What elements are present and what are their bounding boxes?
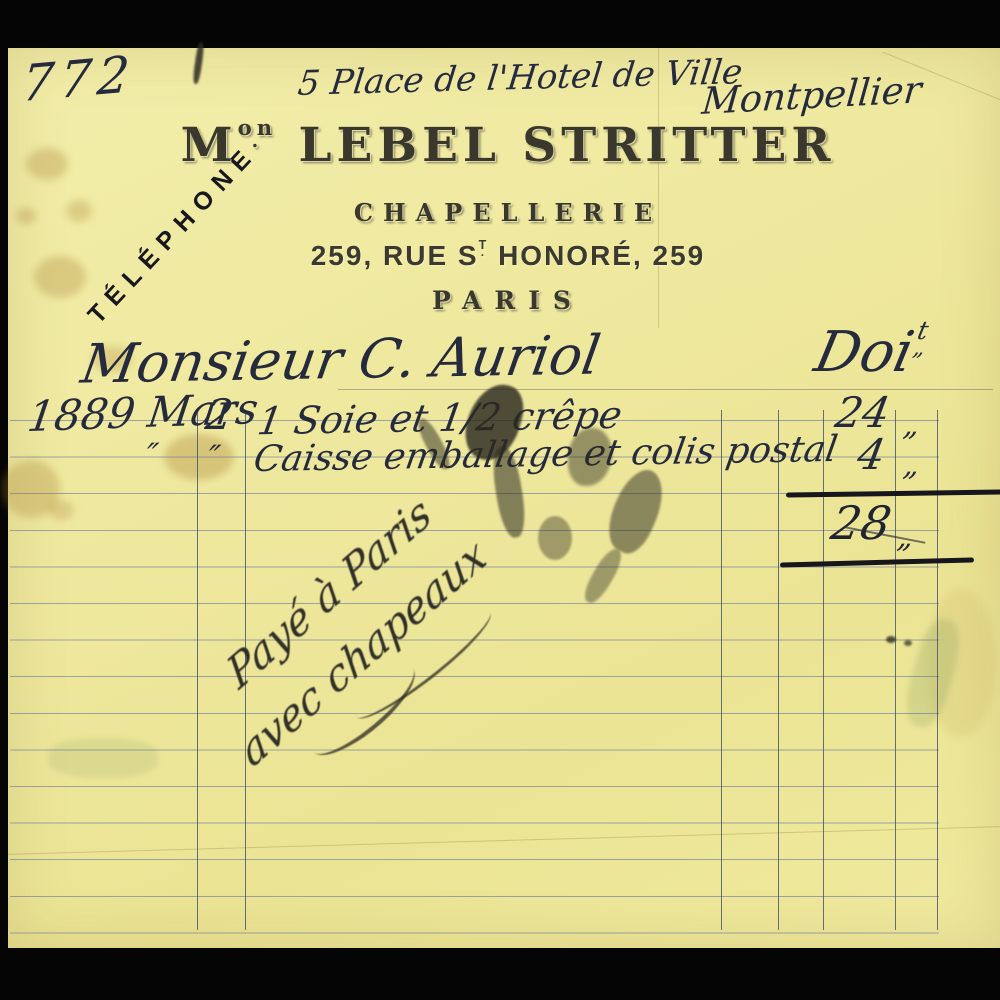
ink-speck (886, 636, 896, 643)
doit-text: Doi (809, 320, 919, 385)
ink-mark (192, 42, 205, 85)
ink-blot (538, 516, 572, 560)
column-rule-amount-left (721, 410, 722, 930)
doit-label: Doit„ (809, 320, 931, 385)
ink-speck (904, 640, 912, 646)
paper-stain (34, 256, 86, 298)
maison-dot: . (252, 137, 264, 146)
scan-black-border: 772 5 Place de l'Hotel de Ville Montpell… (0, 0, 1000, 1000)
salutation-rule (338, 389, 993, 390)
maison-title: Mon. LEBEL STRITTER (158, 118, 858, 173)
street-line: 259, RUE ST. HONORÉ, 259 (158, 240, 858, 272)
total-francs: 28 (827, 496, 895, 550)
column-rule-date (197, 408, 198, 930)
paper-stain (66, 200, 92, 222)
invoice-paper: 772 5 Place de l'Hotel de Ville Montpell… (8, 48, 1000, 948)
street-post: HONORÉ, 259 (498, 240, 705, 271)
column-rule-amount (778, 410, 779, 930)
trade-line: CHAPELLERIE (158, 198, 858, 227)
street-pre: 259, RUE S (311, 240, 479, 271)
salutation: Monsieur C. Auriol (77, 323, 605, 395)
maison-name: LEBEL STRITTER (298, 118, 835, 173)
paper-stain (16, 208, 36, 224)
column-rule-francs (823, 410, 824, 930)
column-rule-centimes (895, 410, 896, 930)
street-superscript-dot: . (481, 251, 486, 257)
maison-m: M (181, 118, 238, 173)
doit-sub-mark: „ (912, 343, 926, 354)
column-rule-right (937, 410, 938, 930)
city-line: PARIS (158, 286, 858, 315)
paper-stain (26, 148, 68, 180)
invoice-number: 772 (20, 45, 138, 114)
destination-address: 5 Place de l'Hotel de Ville (296, 52, 745, 104)
